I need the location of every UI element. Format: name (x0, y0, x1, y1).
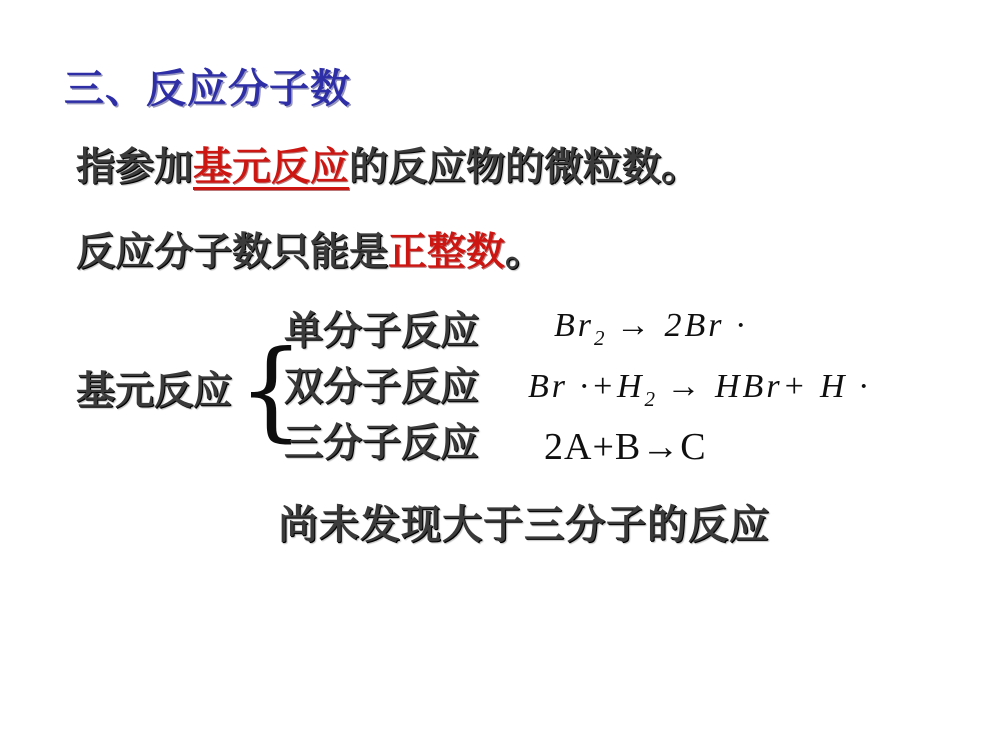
equation-unimolecular-pre: Br (554, 307, 594, 344)
slide-title: 三、反应分子数 (64, 57, 351, 114)
constraint-line: 反应分子数只能是正整数。 (76, 221, 544, 277)
definition-prefix: 指参加 (76, 146, 193, 189)
note-line: 尚未发现大于三分子的反应 (278, 493, 770, 550)
equation-unimolecular-subscript: 2 (594, 326, 605, 350)
definition-line: 指参加基元反应的反应物的微粒数。 (76, 136, 700, 192)
equation-unimolecular-post: → 2Br · (605, 307, 748, 344)
equation-termolecular: 2A+B→C (544, 425, 707, 469)
definition-highlight: 基元反应 (193, 146, 349, 189)
classification-item-bimolecular: 双分子反应 (284, 360, 479, 416)
constraint-prefix: 反应分子数只能是 (76, 231, 388, 274)
classification-item-termolecular: 三分子反应 (284, 416, 479, 472)
constraint-highlight: 正整数 (388, 231, 505, 274)
classification-items: 单分子反应 双分子反应 三分子反应 (284, 304, 479, 472)
equation-bimolecular-post: → HBr+ H · (655, 368, 871, 405)
classification-item-unimolecular: 单分子反应 (284, 304, 479, 360)
definition-suffix: 的反应物的微粒数。 (349, 146, 700, 189)
classification-label: 基元反应 (76, 360, 232, 416)
equation-unimolecular: Br2 → 2Br · (554, 307, 748, 345)
equation-bimolecular: Br ·+H2 → HBr+ H · (528, 368, 871, 406)
presentation-slide: 三、反应分子数 指参加基元反应的反应物的微粒数。 反应分子数只能是正整数。 基元… (0, 0, 1000, 750)
constraint-suffix: 。 (505, 231, 544, 274)
equation-bimolecular-subscript: 2 (645, 387, 656, 411)
equation-bimolecular-pre: Br ·+H (528, 368, 645, 405)
